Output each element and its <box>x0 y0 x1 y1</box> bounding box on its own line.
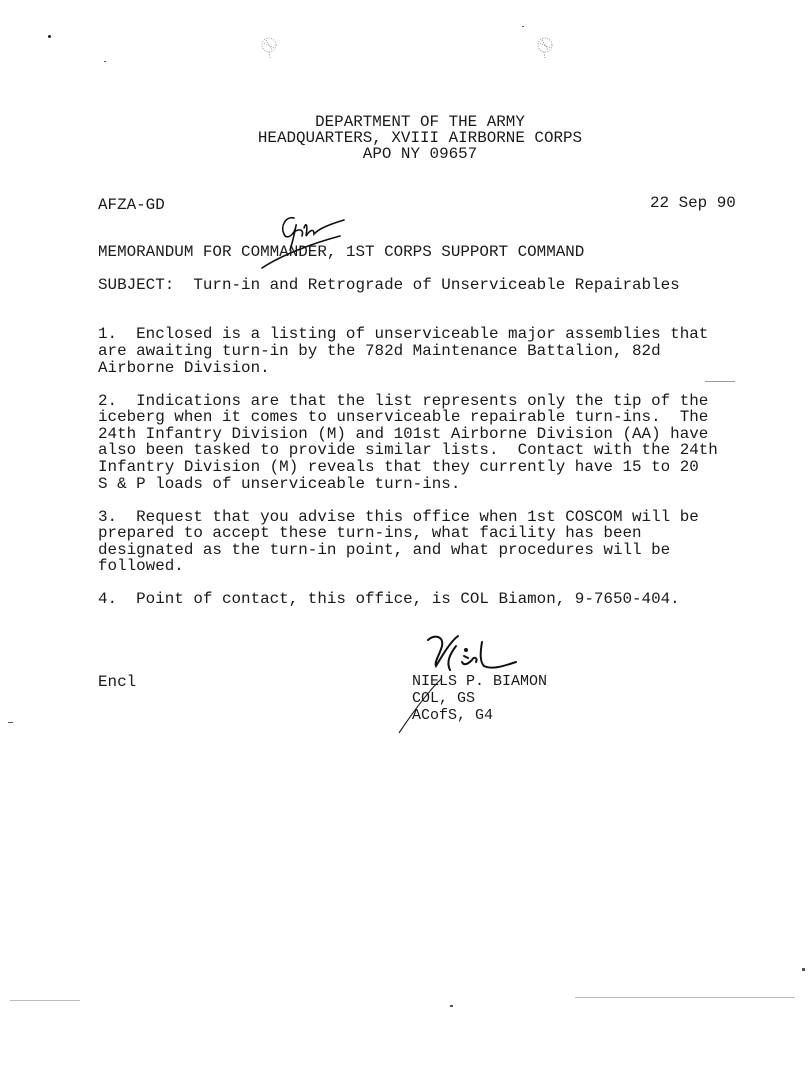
scan-speck <box>575 997 795 998</box>
signer-rank: COL, GS <box>412 691 475 708</box>
paragraph-line: prepared to accept these turn-ins, what … <box>98 525 642 541</box>
paragraph-line: 1. Enclosed is a listing of unserviceabl… <box>98 326 708 342</box>
scan-speck <box>450 1005 453 1007</box>
memo-date: 22 Sep 90 <box>650 195 736 212</box>
subject-line: SUBJECT: Turn-in and Retrograde of Unser… <box>98 277 680 294</box>
office-symbol: AFZA-GD <box>98 197 165 214</box>
scan-speck <box>48 35 51 38</box>
signer-title: ACofS, G4 <box>412 708 493 725</box>
paragraph-line: followed. <box>98 558 184 574</box>
paragraph-line: 4. Point of contact, this office, is COL… <box>98 591 680 607</box>
signer-name: NIELS P. BIAMON <box>412 674 547 691</box>
paragraph-line: are awaiting turn-in by the 782d Mainten… <box>98 343 661 359</box>
paragraph-line: designated as the turn-in point, and wha… <box>98 542 670 558</box>
scan-speck <box>8 722 13 723</box>
scan-speck <box>10 1000 80 1001</box>
paragraph-line: 2. Indications are that the list represe… <box>98 393 708 409</box>
paragraph-line: Infantry Division (M) reveals that they … <box>98 459 699 475</box>
memorandum-for-line: MEMORANDUM FOR COMMANDER, 1ST CORPS SUPP… <box>98 244 584 261</box>
enclosure-label: Encl <box>98 674 136 691</box>
scan-speck <box>522 26 524 27</box>
paragraph-line: Airborne Division. <box>98 360 270 376</box>
paragraph-line: S & P loads of unserviceable turn-ins. <box>98 476 460 492</box>
paragraph-line: iceberg when it comes to unserviceable r… <box>98 409 708 425</box>
paragraph-line: also been tasked to provide similar list… <box>98 442 718 458</box>
scan-speck <box>104 61 106 62</box>
scan-speck <box>705 381 735 382</box>
handwritten-initials-icon <box>250 212 350 270</box>
scan-speck <box>802 968 805 971</box>
paragraph-line: 3. Request that you advise this office w… <box>98 509 699 525</box>
letterhead-address: APO NY 09657 <box>0 146 808 163</box>
faint-seal-right-icon <box>534 34 556 60</box>
paragraph-line: 24th Infantry Division (M) and 101st Air… <box>98 426 708 442</box>
faint-seal-left-icon <box>258 34 280 60</box>
